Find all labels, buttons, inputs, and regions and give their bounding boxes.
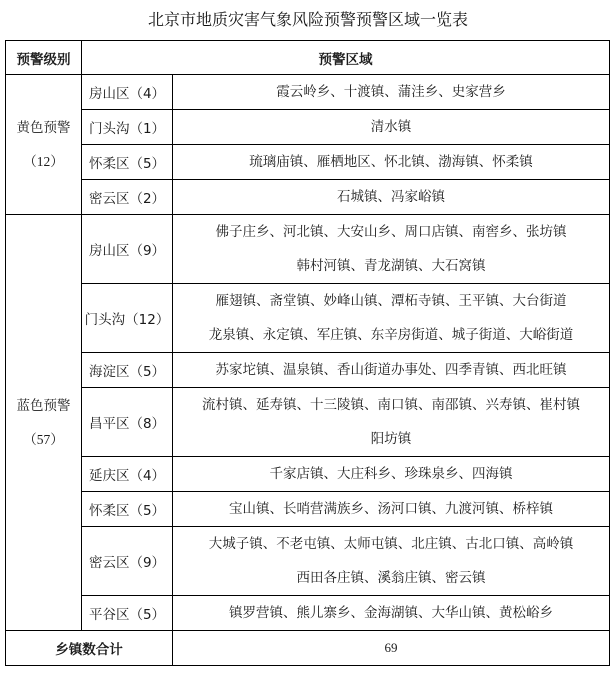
table-row: 门头沟（12） 雁翅镇、斋堂镇、妙峰山镇、潭柘寺镇、王平镇、大台街道 龙泉镇、永… xyxy=(6,284,610,353)
level-cell-blue: 蓝色预警 （57） xyxy=(6,215,82,631)
areas-line: 苏家坨镇、温泉镇、香山街道办事处、四季青镇、西北旺镇 xyxy=(173,353,609,387)
areas-cell: 清水镇 xyxy=(173,110,610,145)
district-cell: 密云区（2） xyxy=(82,180,173,215)
district-cell: 门头沟（1） xyxy=(82,110,173,145)
district-cell: 密云区（9） xyxy=(82,527,173,596)
areas-line: 韩村河镇、青龙湖镇、大石窝镇 xyxy=(173,249,609,283)
warning-area-table: 预警级别 预警区域 黄色预警 （12） 房山区（4） 霞云岭乡、十渡镇、蒲洼乡、… xyxy=(5,40,610,666)
table-header-row: 预警级别 预警区域 xyxy=(6,41,610,75)
areas-line: 西田各庄镇、溪翁庄镇、密云镇 xyxy=(173,561,609,595)
total-value: 69 xyxy=(173,631,610,666)
areas-line: 流村镇、延寿镇、十三陵镇、南口镇、南邵镇、兴寿镇、崔村镇 xyxy=(173,388,609,422)
table-row: 海淀区（5） 苏家坨镇、温泉镇、香山街道办事处、四季青镇、西北旺镇 xyxy=(6,353,610,388)
district-cell: 延庆区（4） xyxy=(82,457,173,492)
page-title: 北京市地质灾害气象风险预警预警区域一览表 xyxy=(0,8,616,32)
district-cell: 房山区（9） xyxy=(82,215,173,284)
areas-cell: 千家店镇、大庄科乡、珍珠泉乡、四海镇 xyxy=(173,457,610,492)
areas-line: 大城子镇、不老屯镇、太师屯镇、北庄镇、古北口镇、高岭镇 xyxy=(173,527,609,561)
header-warning-level: 预警级别 xyxy=(6,41,82,75)
level-count: （57） xyxy=(6,423,81,457)
table-row: 黄色预警 （12） 房山区（4） 霞云岭乡、十渡镇、蒲洼乡、史家营乡 xyxy=(6,75,610,110)
level-cell-yellow: 黄色预警 （12） xyxy=(6,75,82,215)
areas-cell: 雁翅镇、斋堂镇、妙峰山镇、潭柘寺镇、王平镇、大台街道 龙泉镇、永定镇、军庄镇、东… xyxy=(173,284,610,353)
areas-line: 琉璃庙镇、雁栖地区、怀北镇、渤海镇、怀柔镇 xyxy=(173,145,609,179)
areas-line: 镇罗营镇、熊儿寨乡、金海湖镇、大华山镇、黄松峪乡 xyxy=(173,596,609,630)
district-cell: 平谷区（5） xyxy=(82,596,173,631)
table-row: 门头沟（1） 清水镇 xyxy=(6,110,610,145)
areas-cell: 流村镇、延寿镇、十三陵镇、南口镇、南邵镇、兴寿镇、崔村镇 阳坊镇 xyxy=(173,388,610,457)
areas-line: 千家店镇、大庄科乡、珍珠泉乡、四海镇 xyxy=(173,457,609,491)
table-row: 蓝色预警 （57） 房山区（9） 佛子庄乡、河北镇、大安山乡、周口店镇、南窖乡、… xyxy=(6,215,610,284)
areas-cell: 大城子镇、不老屯镇、太师屯镇、北庄镇、古北口镇、高岭镇 西田各庄镇、溪翁庄镇、密… xyxy=(173,527,610,596)
areas-line: 佛子庄乡、河北镇、大安山乡、周口店镇、南窖乡、张坊镇 xyxy=(173,215,609,249)
total-label: 乡镇数合计 xyxy=(6,631,173,666)
table-row: 怀柔区（5） 宝山镇、长哨营满族乡、汤河口镇、九渡河镇、桥梓镇 xyxy=(6,492,610,527)
areas-cell: 佛子庄乡、河北镇、大安山乡、周口店镇、南窖乡、张坊镇 韩村河镇、青龙湖镇、大石窝… xyxy=(173,215,610,284)
areas-line: 宝山镇、长哨营满族乡、汤河口镇、九渡河镇、桥梓镇 xyxy=(173,492,609,526)
district-cell: 昌平区（8） xyxy=(82,388,173,457)
areas-line: 阳坊镇 xyxy=(173,422,609,456)
level-name: 黄色预警 xyxy=(6,111,81,145)
areas-line: 龙泉镇、永定镇、军庄镇、东辛房街道、城子街道、大峪街道 xyxy=(173,318,609,352)
level-count: （12） xyxy=(6,145,81,179)
areas-cell: 苏家坨镇、温泉镇、香山街道办事处、四季青镇、西北旺镇 xyxy=(173,353,610,388)
district-cell: 怀柔区（5） xyxy=(82,145,173,180)
level-name: 蓝色预警 xyxy=(6,389,81,423)
table-row: 密云区（9） 大城子镇、不老屯镇、太师屯镇、北庄镇、古北口镇、高岭镇 西田各庄镇… xyxy=(6,527,610,596)
table-row: 昌平区（8） 流村镇、延寿镇、十三陵镇、南口镇、南邵镇、兴寿镇、崔村镇 阳坊镇 xyxy=(6,388,610,457)
areas-cell: 宝山镇、长哨营满族乡、汤河口镇、九渡河镇、桥梓镇 xyxy=(173,492,610,527)
header-warning-area: 预警区域 xyxy=(82,41,610,75)
table-row: 怀柔区（5） 琉璃庙镇、雁栖地区、怀北镇、渤海镇、怀柔镇 xyxy=(6,145,610,180)
district-cell: 房山区（4） xyxy=(82,75,173,110)
district-cell: 海淀区（5） xyxy=(82,353,173,388)
table-row: 延庆区（4） 千家店镇、大庄科乡、珍珠泉乡、四海镇 xyxy=(6,457,610,492)
areas-line: 雁翅镇、斋堂镇、妙峰山镇、潭柘寺镇、王平镇、大台街道 xyxy=(173,284,609,318)
total-row: 乡镇数合计 69 xyxy=(6,631,610,666)
table-row: 平谷区（5） 镇罗营镇、熊儿寨乡、金海湖镇、大华山镇、黄松峪乡 xyxy=(6,596,610,631)
areas-cell: 霞云岭乡、十渡镇、蒲洼乡、史家营乡 xyxy=(173,75,610,110)
areas-line: 霞云岭乡、十渡镇、蒲洼乡、史家营乡 xyxy=(173,75,609,109)
areas-cell: 琉璃庙镇、雁栖地区、怀北镇、渤海镇、怀柔镇 xyxy=(173,145,610,180)
areas-line: 石城镇、冯家峪镇 xyxy=(173,180,609,214)
district-cell: 怀柔区（5） xyxy=(82,492,173,527)
table-row: 密云区（2） 石城镇、冯家峪镇 xyxy=(6,180,610,215)
areas-line: 清水镇 xyxy=(173,110,609,144)
areas-cell: 石城镇、冯家峪镇 xyxy=(173,180,610,215)
areas-cell: 镇罗营镇、熊儿寨乡、金海湖镇、大华山镇、黄松峪乡 xyxy=(173,596,610,631)
district-cell: 门头沟（12） xyxy=(82,284,173,353)
